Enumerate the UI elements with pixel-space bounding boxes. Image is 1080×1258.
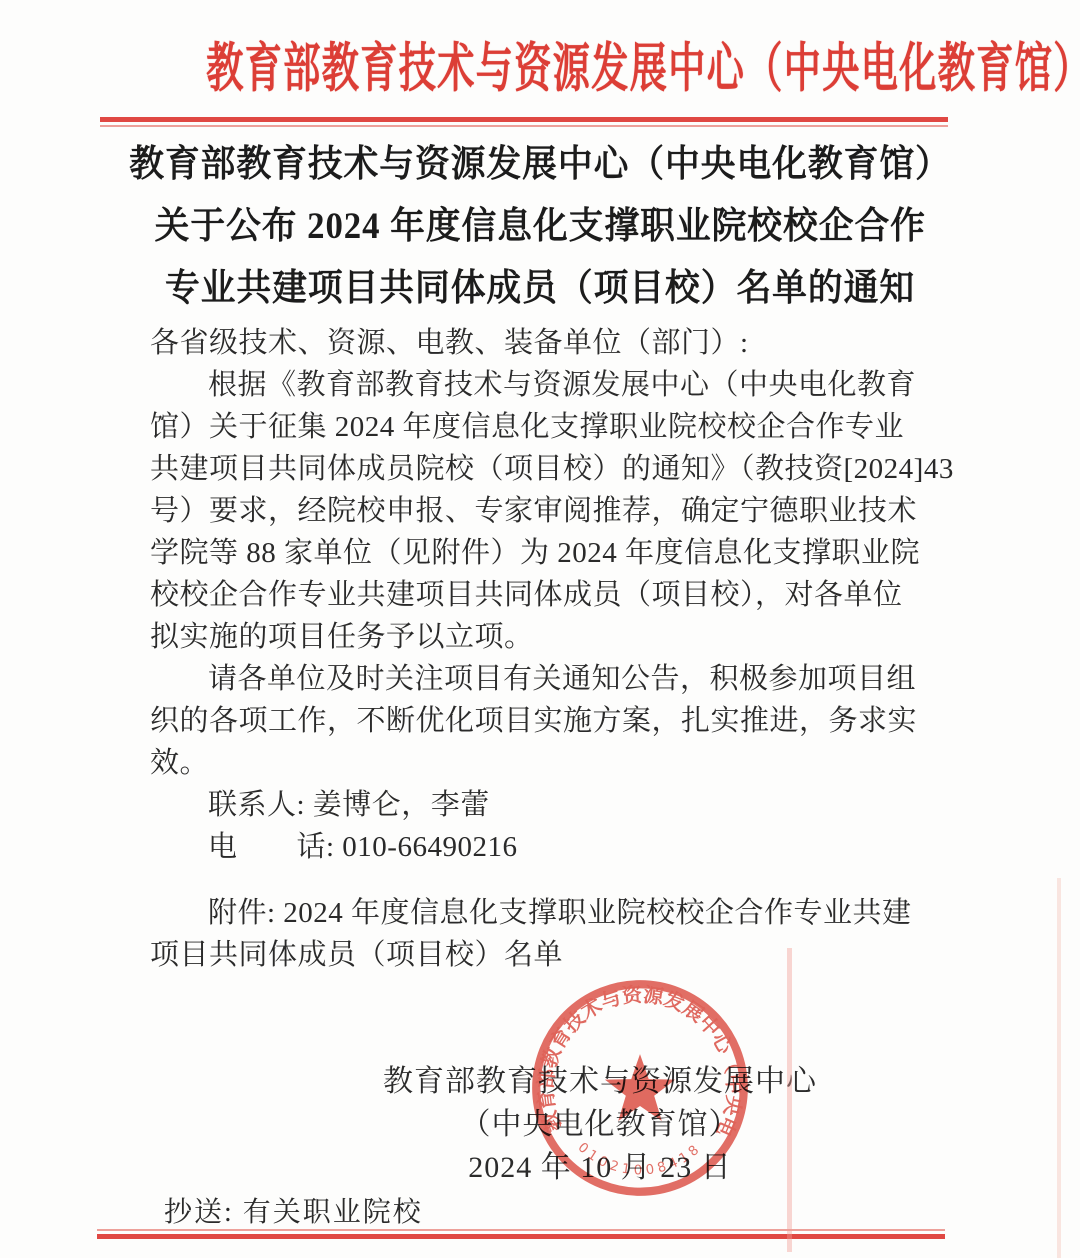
body-line: 织的各项工作，不断优化项目实施方案，扎实推进，务求实: [150, 700, 935, 742]
body-line: 拟实施的项目任务予以立项。: [150, 616, 935, 658]
body-line: 学院等 88 家单位（见附件）为 2024 年度信息化支撑职业院: [150, 532, 935, 574]
official-seal: 教育部教育技术与资源发展中心（中央电化教育馆） 01021008418: [527, 975, 753, 1201]
body-line: 馆）关于征集 2024 年度信息化支撑职业院校校企合作专业: [150, 406, 935, 448]
body-line: 根据《教育部教育技术与资源发展中心（中央电化教育: [150, 364, 935, 406]
letterhead: 教育部教育技术与资源发展中心（中央电化教育馆）函件: [0, 26, 1080, 102]
contact-person-line: 联系人: 姜博仑，李蕾: [150, 784, 935, 826]
doc-title-line: 专业共建项目共同体成员（项目校）名单的通知: [0, 258, 1080, 320]
seal-ring-text: 教育部教育技术与资源发展中心（中央电化教育馆）: [527, 975, 747, 1141]
contact-phone-line: 电 话: 010-66490216: [150, 826, 935, 868]
body-text: 各省级技术、资源、电教、装备单位（部门）: 根据《教育部教育技术与资源发展中心（…: [150, 322, 935, 868]
doc-title-line: 教育部教育技术与资源发展中心（中央电化教育馆）: [0, 134, 1080, 196]
red-rule-bottom: [97, 1229, 945, 1239]
seal-star: [605, 1054, 675, 1121]
red-rule-top-thick: [100, 117, 948, 122]
cc-line: 抄送: 有关职业院校: [164, 1190, 423, 1230]
doc-title-line: 关于公布 2024 年度信息化支撑职业院校校企合作: [0, 196, 1080, 258]
attachment-line: 项目共同体成员（项目校）名单: [150, 934, 935, 976]
red-rule-top: [100, 117, 948, 127]
attachment-line: 附件: 2024 年度信息化支撑职业院校校企合作专业共建: [150, 892, 935, 934]
body-line: 号）要求，经院校申报、专家审阅推荐，确定宁德职业技术: [150, 490, 935, 532]
document-page: 教育部教育技术与资源发展中心（中央电化教育馆）函件 教育部教育技术与资源发展中心…: [0, 0, 1080, 1258]
body-line: 效。: [150, 742, 935, 784]
attachment-note: 附件: 2024 年度信息化支撑职业院校校企合作专业共建 项目共同体成员（项目校…: [150, 892, 935, 976]
body-line: 请各单位及时关注项目有关通知公告，积极参加项目组: [150, 658, 935, 700]
seal-serial-number: 01021008418: [575, 1140, 706, 1178]
official-seal-graphic: 教育部教育技术与资源发展中心（中央电化教育馆） 01021008418: [527, 975, 753, 1201]
body-line-salutation: 各省级技术、资源、电教、装备单位（部门）:: [150, 322, 935, 364]
red-rule-bottom-thin: [97, 1229, 945, 1231]
doc-title: 教育部教育技术与资源发展中心（中央电化教育馆） 关于公布 2024 年度信息化支…: [0, 134, 1080, 320]
red-rule-bottom-thick: [97, 1234, 945, 1239]
body-line: 校校企合作专业共建项目共同体成员（项目校），对各单位: [150, 574, 935, 616]
red-rule-top-thin: [100, 125, 948, 127]
scan-streak: [1057, 878, 1061, 1258]
body-line: 共建项目共同体成员院校（项目校）的通知》（教技资[2024]43: [150, 448, 935, 490]
letterhead-title: 教育部教育技术与资源发展中心（中央电化教育馆）函件: [206, 26, 1080, 102]
